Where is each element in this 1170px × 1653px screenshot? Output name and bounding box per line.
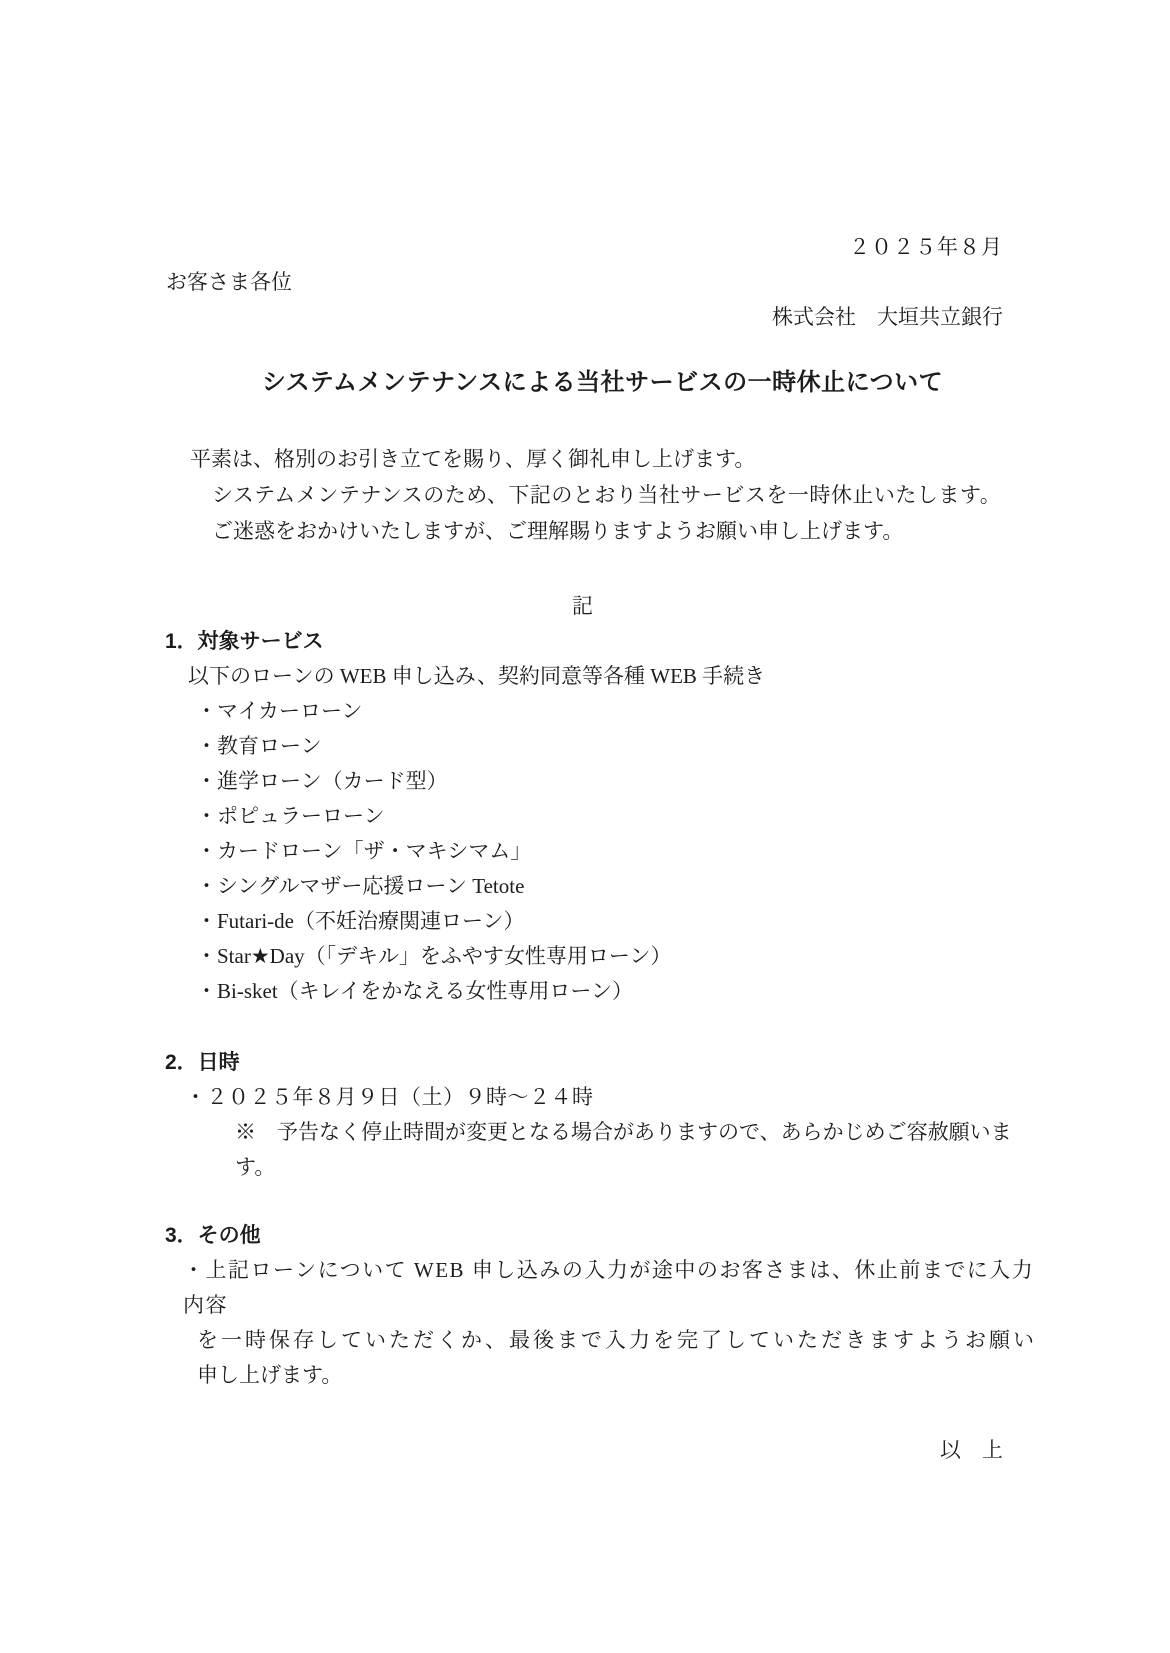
section-other: 3．その他 ・上記ローンについて WEB 申し込みの入力が途中のお客さまは、休止… <box>158 1218 1047 1393</box>
service-list-item: ・ポピュラーローン <box>196 799 1047 834</box>
service-list-item: ・Star★Day（「デキル」をふやす女性専用ローン） <box>196 939 1047 974</box>
other-paragraph-line: ・上記ローンについて WEB 申し込みの入力が途中のお客さまは、休止前までに入力… <box>183 1253 1047 1323</box>
section-heading-target-services: 1．対象サービス <box>165 624 1047 659</box>
maintenance-datetime: ・２０２５年８月９日（土）９時～２４時 <box>185 1080 1047 1115</box>
greeting-line: ご迷惑をおかけいたしますが、ご理解賜りますようお願い申し上げます。 <box>212 513 1047 549</box>
service-list-item: ・シングルマザー応援ローン Tetote <box>196 869 1047 904</box>
notice-page: ２０２５年８月 お客さま各位 株式会社 大垣共立銀行 システムメンテナンスによる… <box>0 0 1170 1653</box>
section-target-services: 1．対象サービス 以下のローンの WEB 申し込み、契約同意等各種 WEB 手続… <box>158 624 1047 1009</box>
greeting-line: 平素は、格別のお引き立てを賜り、厚く御礼申し上げます。 <box>190 441 1047 477</box>
service-list-item: ・Futari-de（不妊治療関連ローン） <box>196 904 1047 939</box>
company-name: 株式会社 大垣共立銀行 <box>158 300 1047 335</box>
datetime-note: ※ 予告なく停止時間が変更となる場合がありますので、あらかじめご容赦願います。 <box>235 1115 1047 1185</box>
other-paragraph-line: 申し上げます。 <box>197 1358 1047 1393</box>
greeting-line: システムメンテナンスのため、下記のとおり当社サービスを一時休止いたします。 <box>212 477 1047 513</box>
section-heading-other: 3．その他 <box>165 1218 1047 1253</box>
service-list-item: ・進学ローン（カード型） <box>196 764 1047 799</box>
record-marker: 記 <box>158 589 1047 624</box>
greeting-paragraph: 平素は、格別のお引き立てを賜り、厚く御礼申し上げます。 システムメンテナンスのた… <box>158 441 1047 549</box>
other-paragraph-line: を一時保存していただくか、最後まで入力を完了していただきますようお願い <box>197 1323 1047 1358</box>
service-list-item: ・カードローン「ザ・マキシマム」 <box>196 834 1047 869</box>
section-heading-datetime: 2．日時 <box>165 1045 1047 1080</box>
notice-content: ２０２５年８月 お客さま各位 株式会社 大垣共立銀行 システムメンテナンスによる… <box>0 0 1170 1508</box>
service-list-item: ・教育ローン <box>196 729 1047 764</box>
issue-date: ２０２５年８月 <box>158 230 1047 265</box>
closing-marker: 以 上 <box>158 1433 1047 1468</box>
document-title: システムメンテナンスによる当社サービスの一時休止について <box>158 365 1047 401</box>
section-datetime: 2．日時 ・２０２５年８月９日（土）９時～２４時 ※ 予告なく停止時間が変更とな… <box>158 1045 1047 1185</box>
addressee: お客さま各位 <box>166 265 1047 300</box>
service-list-item: ・Bi-sket（キレイをかなえる女性専用ローン） <box>196 974 1047 1009</box>
service-list-item: ・マイカーローン <box>196 694 1047 729</box>
target-services-intro: 以下のローンの WEB 申し込み、契約同意等各種 WEB 手続き <box>188 659 1047 694</box>
